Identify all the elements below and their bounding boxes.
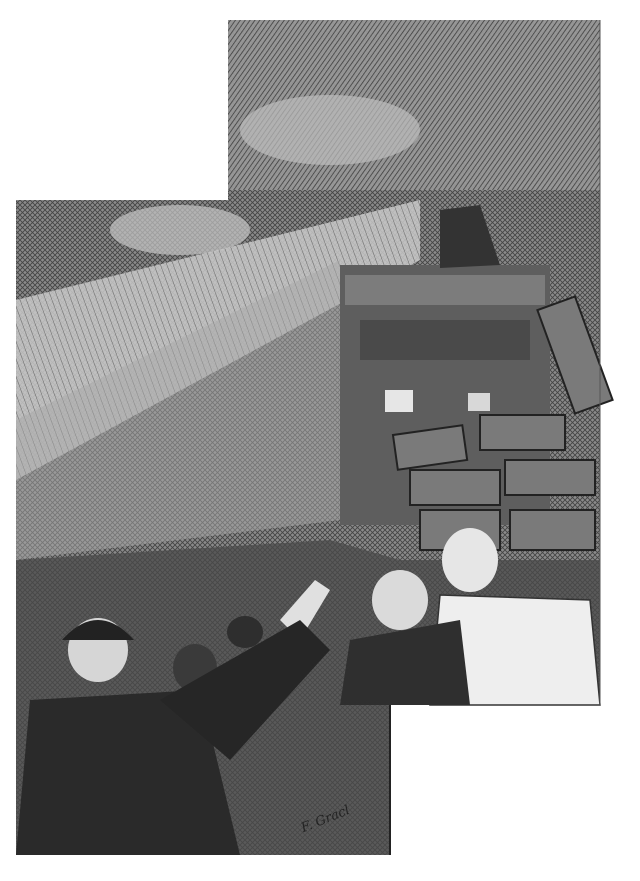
engraving-illustration — [0, 0, 640, 881]
